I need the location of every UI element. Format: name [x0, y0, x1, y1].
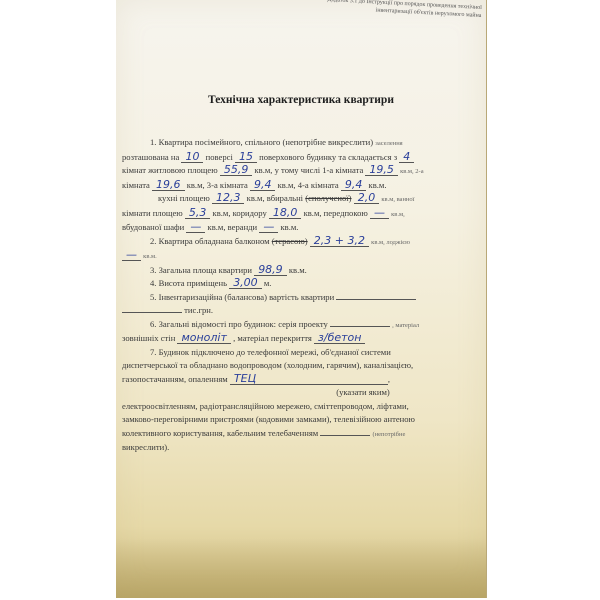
text: кухні площею — [158, 193, 210, 203]
walls-field: моноліт — [177, 332, 230, 344]
text: 1. Квартира посімейного, спільного (непо… — [150, 137, 373, 147]
text: кв.м, 2-а — [400, 168, 424, 175]
annex-reference: Додаток 3.1 до Інструкції про порядок пр… — [251, 0, 482, 20]
s1-line4: кімната 19,6 кв.м, 3-а кімната 9,4 кв.м,… — [122, 179, 484, 193]
s6-line2: зовнішніх стін моноліт , матеріал перекр… — [122, 332, 484, 346]
text: 2. Квартира обладнана балконом — [150, 236, 270, 246]
text: , матеріал — [392, 322, 419, 329]
room1-field: 19,5 — [365, 164, 398, 176]
total-area-field: 98,9 — [254, 264, 287, 276]
series-blank — [330, 318, 390, 327]
closet-field: — — [186, 221, 205, 233]
text: замково-переговірними пристроями (кодови… — [122, 414, 415, 424]
s7-line3: газопостачанням, опаленням ТЕЦ, — [122, 373, 484, 387]
s2-line1: 2. Квартира обладнана балконом (терасою)… — [122, 235, 484, 250]
s7-line4: електроосвітленням, радіотрансляційною м… — [122, 400, 484, 414]
toilet-field: 2,0 — [354, 192, 380, 204]
s2-line2: — кв.м. — [122, 249, 484, 264]
text: поверхового будинку та складається з — [259, 152, 397, 162]
s6-line1: 6. Загальні відомості про будинок: серія… — [122, 318, 484, 333]
text: вбудованої шафи — [122, 222, 184, 232]
s1-line2: розташована на 10 поверсі 15 поверхового… — [122, 151, 484, 165]
text: зовнішніх стін — [122, 333, 175, 343]
text: кв.м, ванної — [381, 196, 414, 203]
text: тис.грн. — [184, 305, 213, 315]
s7-line7: викреслити). — [122, 441, 484, 455]
text: колективного користування, кабельним тел… — [122, 428, 318, 438]
s7-line2: диспетчерської та обладнано водопроводом… — [122, 359, 484, 373]
loggia-field: — — [122, 249, 141, 261]
corridor-field: 18,0 — [269, 207, 302, 219]
s7-line5: замково-переговірними пристроями (кодови… — [122, 413, 484, 427]
text: кв.м. — [289, 265, 307, 275]
document-title: Технічна характеристика квартири — [116, 94, 486, 106]
text: кв.м, вбиральні — [247, 193, 303, 203]
value-blank — [336, 291, 416, 300]
text: 5. Інвентаризаційна (балансова) вартість… — [150, 292, 334, 302]
text: кімната — [122, 180, 150, 190]
value-blank — [122, 304, 182, 313]
height-field: 3,00 — [229, 277, 262, 289]
veranda-field: — — [259, 221, 278, 233]
storeys-field: 15 — [235, 151, 257, 163]
bathroom-field: 5,3 — [185, 207, 211, 219]
living-area-field: 55,9 — [220, 164, 253, 176]
text: газопостачанням, опаленням — [122, 374, 228, 384]
s5-line2: тис.грн. — [122, 304, 484, 318]
text: м. — [264, 278, 272, 288]
text: кв.м, — [391, 211, 405, 218]
text: 3. Загальна площа квартири — [150, 265, 252, 275]
s7-line6: колективного користування, кабельним тел… — [122, 427, 484, 442]
text: розташована на — [122, 152, 179, 162]
text: кв.м, коридору — [213, 208, 267, 218]
floor-field: 10 — [181, 151, 203, 163]
room2-field: 19,6 — [152, 179, 185, 191]
text: викреслити). — [122, 442, 169, 452]
room4-field: 9,4 — [341, 179, 367, 191]
text: (непотрібне — [373, 431, 406, 438]
text: кв.м. — [280, 222, 298, 232]
cable-tv-blank — [320, 427, 370, 436]
text: кімнати площею — [122, 208, 183, 218]
s3-line: 3. Загальна площа квартири 98,9 кв.м. — [122, 264, 484, 278]
s1-line6: кімнати площею 5,3 кв.м, коридору 18,0 к… — [122, 207, 484, 222]
document-body: 1. Квартира посімейного, спільного (непо… — [122, 136, 484, 455]
s7-note: (указати яким) — [122, 386, 484, 400]
text: кв.м, передпокою — [304, 208, 368, 218]
rooms-field: 4 — [399, 151, 414, 163]
text: кімнат житловою площею — [122, 165, 218, 175]
kitchen-field: 12,3 — [212, 192, 245, 204]
text: кв.м. — [143, 253, 157, 260]
struck-text: (сполученої) — [305, 193, 351, 203]
s1-line3: кімнат житловою площею 55,9 кв.м, у тому… — [122, 164, 484, 179]
text: , матеріал перекриття — [233, 333, 312, 343]
text: кв.м, 3-а кімната — [187, 180, 248, 190]
text: кв.м, 4-а кімната — [278, 180, 339, 190]
s1-line5: кухні площею 12,3 кв.м, вбиральні (сполу… — [122, 192, 484, 207]
room3-field: 9,4 — [250, 179, 276, 191]
s5-line1: 5. Інвентаризаційна (балансова) вартість… — [122, 291, 484, 305]
text: поверсі — [206, 152, 233, 162]
text: 7. Будинок підключено до телефонної мере… — [150, 347, 391, 357]
hallway-field: — — [370, 207, 389, 219]
text: 6. Загальні відомості про будинок: серія… — [150, 319, 328, 329]
text: кв.м, веранди — [208, 222, 258, 232]
text: диспетчерської та обладнано водопроводом… — [122, 360, 413, 370]
balcony-field: 2,3 + 3,2 — [310, 235, 369, 247]
document-page: Додаток 3.1 до Інструкції про порядок пр… — [116, 0, 487, 598]
heating-field: ТЕЦ — [230, 373, 388, 385]
text: кв.м, лоджією — [371, 239, 410, 246]
text: кв.м. — [369, 180, 387, 190]
s1-line1: 1. Квартира посімейного, спільного (непо… — [122, 136, 484, 151]
text: кв.м, у тому числі 1-а кімната — [254, 165, 363, 175]
floors-material-field: з/бетон — [314, 332, 365, 344]
text: (указати яким) — [336, 387, 390, 397]
s1-line7: вбудованої шафи — кв.м, веранди — кв.м. — [122, 221, 484, 235]
struck-text: (терасою) — [272, 236, 308, 246]
text: електроосвітленням, радіотрансляційною м… — [122, 401, 409, 411]
s4-line: 4. Висота приміщень 3,00 м. — [122, 277, 484, 291]
s7-line1: 7. Будинок підключено до телефонної мере… — [122, 346, 484, 360]
text: заселення — [375, 140, 402, 147]
text: 4. Висота приміщень — [150, 278, 227, 288]
